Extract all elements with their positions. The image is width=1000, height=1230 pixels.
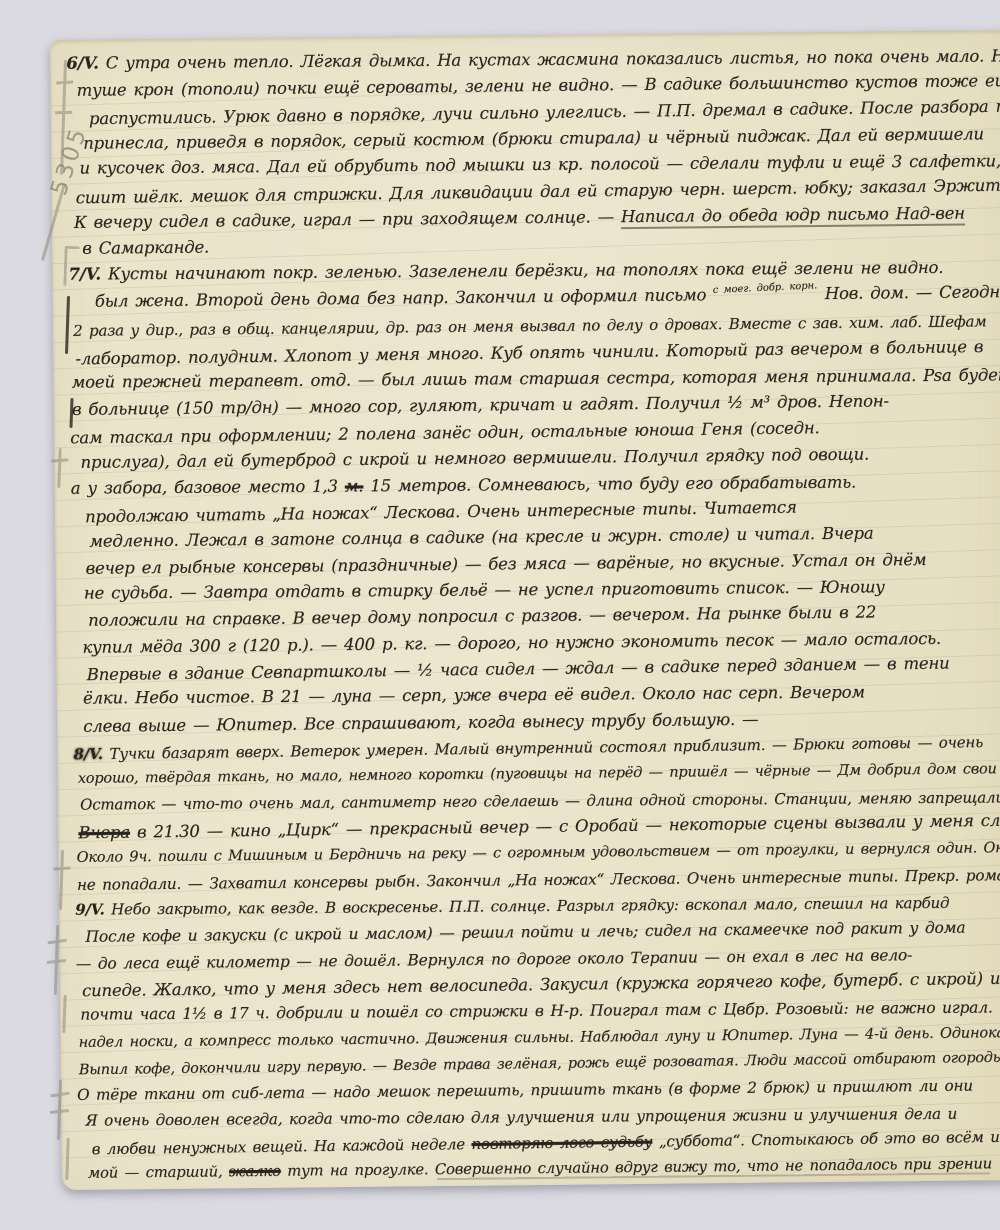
text-segment: не судьба. — Завтра отдать в стирку бель… xyxy=(84,577,885,602)
text-segment: положили на справке. В вечер дому попрос… xyxy=(88,603,876,630)
text-segment: слева выше — Юпитер. Все спрашивают, ког… xyxy=(83,709,758,735)
text-segment: тут на прогулке. xyxy=(281,1162,435,1181)
entry-date: 9/V. xyxy=(75,900,104,918)
entry-date: 6/V. xyxy=(66,53,99,72)
text-segment: К вечеру сидел в садике, играл — при зах… xyxy=(74,207,621,232)
text-segment: „суббота“. Спотыкаюсь об это во всём и в… xyxy=(652,1127,1000,1151)
text-segment: повторяю лого судьбу xyxy=(471,1133,652,1153)
entry-date: 8/V. xyxy=(73,745,103,763)
manuscript-text: 6/V. С утра очень тепло. Лёгкая дымка. Н… xyxy=(66,42,1000,1174)
text-segment: мой — старший, xyxy=(88,1164,229,1182)
text-segment: почти часа 1½ в 17 ч. добрили и пошёл со… xyxy=(80,999,992,1024)
text-segment: жалко xyxy=(229,1163,281,1181)
entry-date: 7/V. xyxy=(68,264,101,283)
text-segment: Вчера xyxy=(78,823,130,843)
text-segment: вечер ел рыбные консервы (праздничные) —… xyxy=(85,549,926,577)
text-segment: 15 метров. Сомневаюсь, что буду его обра… xyxy=(363,472,856,495)
text-segment: а у забора, базовое место 1,3 xyxy=(71,476,345,497)
pencil-margin-mark xyxy=(54,925,59,995)
text-segment: был жена. Второй день дома без напр. Зак… xyxy=(95,285,714,310)
text-segment: продолжаю читать „На ножах“ Лескова. Оче… xyxy=(85,497,797,526)
text-segment: Совершенно случайно вдруг вижу то, что н… xyxy=(435,1156,992,1179)
text-segment: Нов. дом. — Сегодня был xyxy=(818,282,1000,303)
text-segment: в любви ненужных вещей. На каждой неделе xyxy=(92,1135,472,1158)
photo-backdrop: { "document": { "kind": "handwritten dia… xyxy=(0,0,1000,1230)
manuscript-page: 6/V. С утра очень тепло. Лёгкая дымка. Н… xyxy=(50,30,1000,1190)
text-segment: моей прежней терапевт. отд. — был лишь т… xyxy=(72,365,1000,391)
text-segment: Написал до обеда юдр письмо Над-вен xyxy=(621,204,965,230)
text-segment: Небо закрыто, как везде. В воскресенье. … xyxy=(104,894,949,919)
text-segment: с моег. добр. корн. xyxy=(713,273,819,304)
text-segment: м. xyxy=(345,476,364,495)
text-segment: С утра очень тепло. Лёгкая дымка. На кус… xyxy=(99,46,1000,73)
text-segment: в Самарканде. xyxy=(82,238,209,258)
text-segment: не попадали. — Захватил консервы рыбн. З… xyxy=(77,866,1000,894)
text-segment: ёлки. Небо чистое. В 21 — луна — серп, у… xyxy=(83,683,865,708)
